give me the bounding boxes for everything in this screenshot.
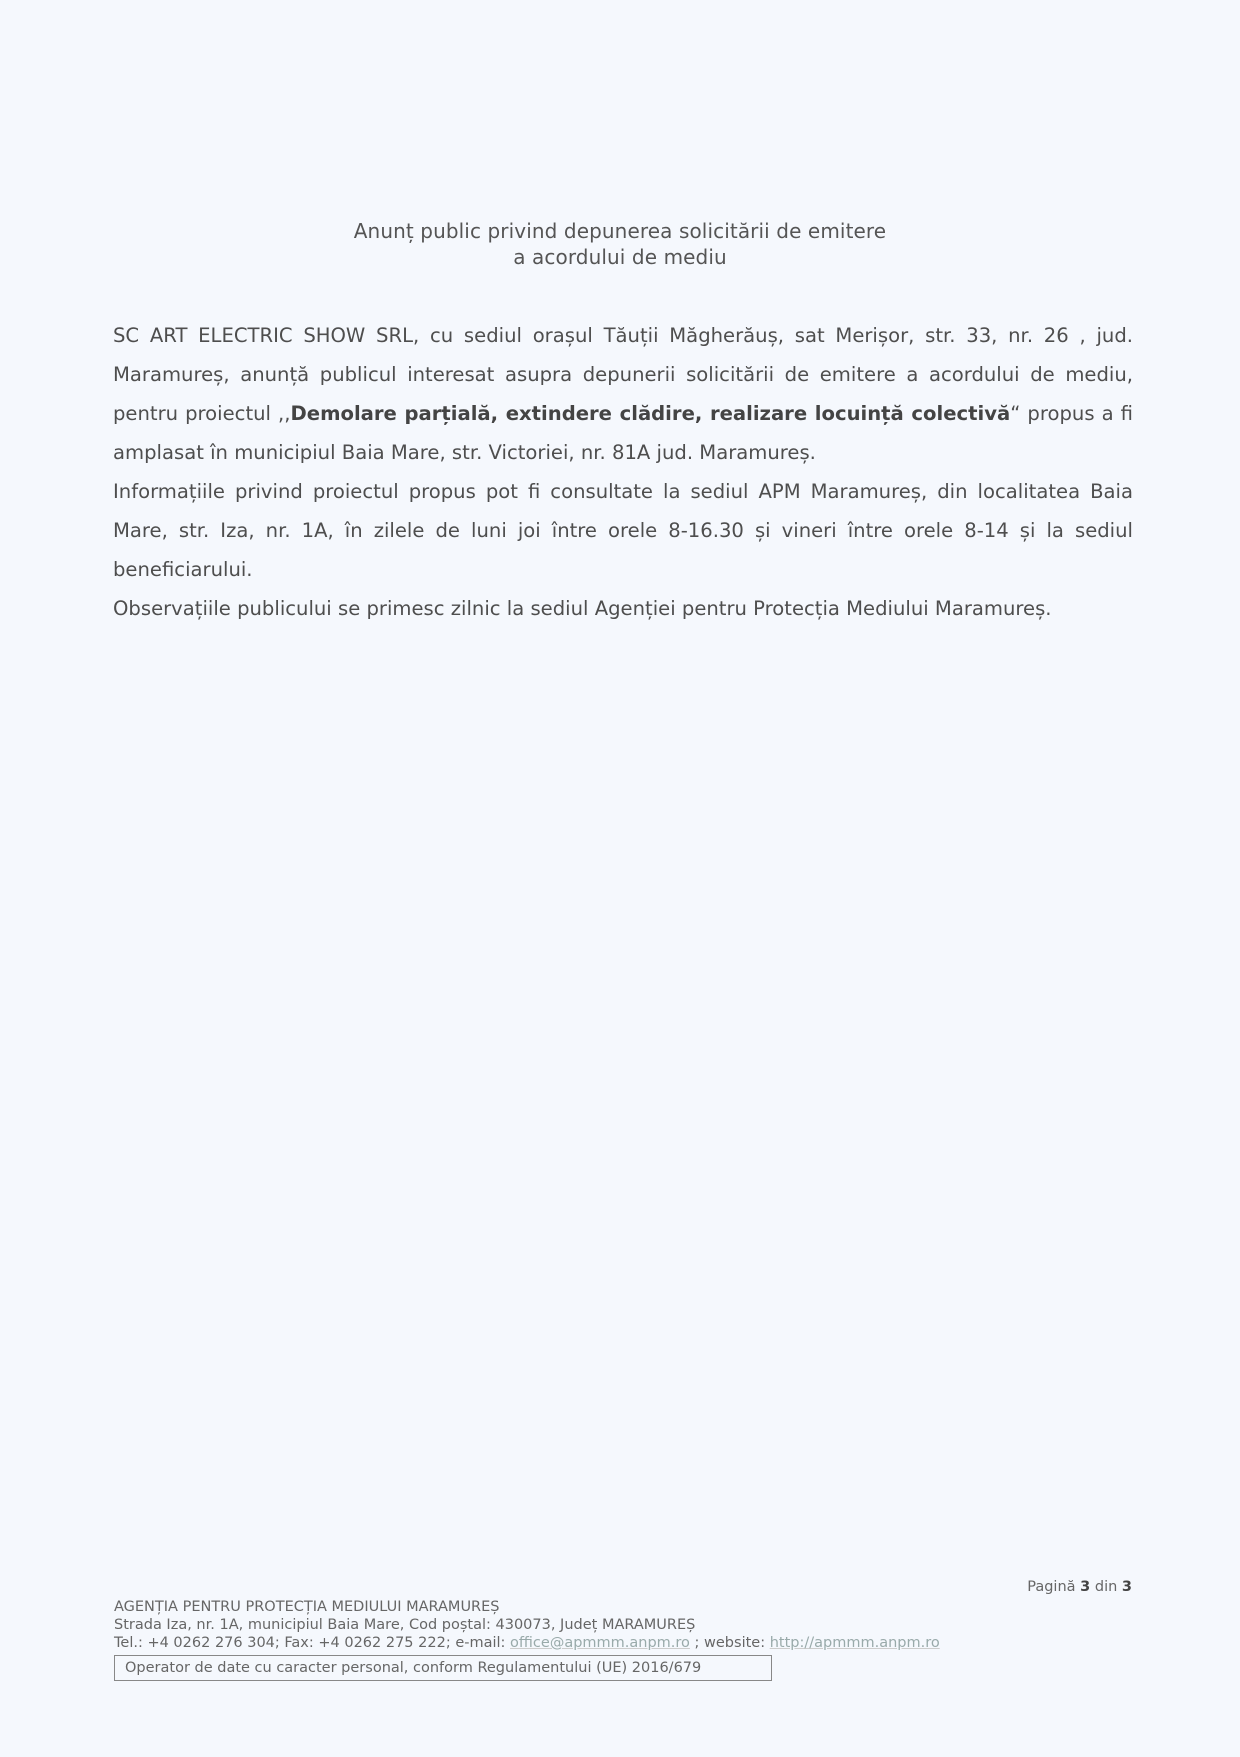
footer: AGENȚIA PENTRU PROTECȚIA MEDIULUI MARAMU…: [114, 1598, 940, 1681]
page-number: Pagină 3 din 3: [1027, 1579, 1132, 1595]
document-title: Anunț public privind depunerea solicităr…: [0, 218, 1240, 270]
footer-agency-name: AGENȚIA PENTRU PROTECȚIA MEDIULUI MARAMU…: [114, 1598, 940, 1616]
page-label: Pagină: [1027, 1579, 1075, 1595]
announcement-body: SC ART ELECTRIC SHOW SRL, cu sediul oraș…: [113, 316, 1133, 628]
title-line-2: a acordului de mediu: [0, 244, 1240, 270]
paragraph-consultation-info: Informațiile privind proiectul propus po…: [113, 472, 1133, 589]
footer-address: Strada Iza, nr. 1A, municipiul Baia Mare…: [114, 1616, 940, 1634]
paragraph-company-announcement: SC ART ELECTRIC SHOW SRL, cu sediul oraș…: [113, 316, 1133, 472]
project-name: Demolare parțială, extindere clădire, re…: [291, 402, 1011, 425]
website-label: ; website:: [690, 1635, 770, 1651]
footer-contact: Tel.: +4 0262 276 304; Fax: +4 0262 275 …: [114, 1634, 940, 1652]
page-total: 3: [1122, 1579, 1132, 1595]
paragraph-public-observations: Observațiile publicului se primesc zilni…: [113, 589, 1133, 628]
gdpr-notice: Operator de date cu caracter personal, c…: [114, 1655, 772, 1681]
footer-tel-fax: Tel.: +4 0262 276 304; Fax: +4 0262 275 …: [114, 1635, 510, 1651]
page-separator: din: [1095, 1579, 1117, 1595]
page-current: 3: [1080, 1579, 1090, 1595]
title-line-1: Anunț public privind depunerea solicităr…: [0, 218, 1240, 244]
email-link[interactable]: office@apmmm.anpm.ro: [510, 1635, 690, 1651]
website-link[interactable]: http://apmmm.anpm.ro: [770, 1635, 940, 1651]
